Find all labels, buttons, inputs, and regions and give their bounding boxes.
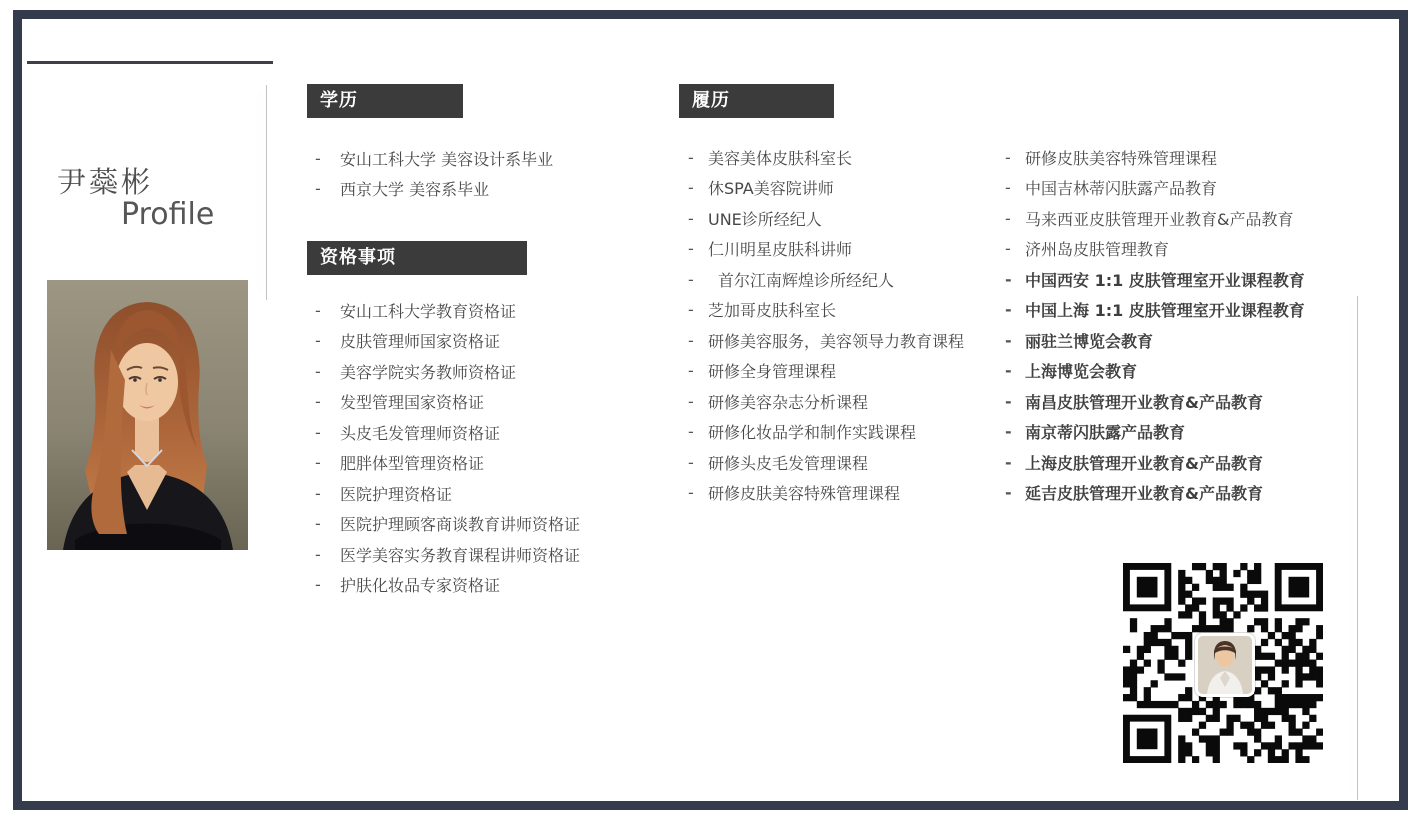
dash-bullet: -	[315, 149, 340, 168]
dash-bullet: -	[688, 392, 708, 411]
list-item: -上海皮肤管理开业教育&产品教育	[1005, 447, 1305, 478]
list-item: -丽驻兰博览会教育	[1005, 325, 1305, 356]
dash-bullet: -	[1005, 178, 1025, 197]
list-item: -护肤化妆品专家资格证	[315, 570, 580, 601]
dash-bullet: -	[688, 239, 708, 258]
list-item: -西京大学 美容系毕业	[315, 174, 553, 205]
dash-bullet: -	[1005, 239, 1025, 258]
list-item: -UNE诊所经纪人	[688, 203, 964, 234]
dash-bullet: -	[688, 453, 708, 472]
dash-bullet: -	[315, 545, 340, 564]
dash-bullet: -	[315, 179, 340, 198]
list-item: -头皮毛发管理师资格证	[315, 417, 580, 448]
dash-bullet: -	[688, 331, 708, 350]
list-item: -医院护理资格证	[315, 478, 580, 509]
dash-bullet: -	[315, 362, 340, 381]
dash-bullet: -	[315, 423, 340, 442]
dash-bullet: -	[688, 483, 708, 502]
list-item: -医学美容实务教育课程讲师资格证	[315, 539, 580, 570]
right-divider-line	[1357, 296, 1358, 800]
list-item: -中国西安 1:1 皮肤管理室开业课程教育	[1005, 264, 1305, 295]
list-item: -研修美容杂志分析课程	[688, 386, 964, 417]
qualifications-section-header: 资格事项	[307, 241, 527, 275]
list-item: -研修皮肤美容特殊管理课程	[1005, 142, 1305, 173]
list-item: -安山工科大学 美容设计系毕业	[315, 143, 553, 174]
list-item: -休SPA美容院讲师	[688, 173, 964, 204]
profile-title: Profile	[121, 197, 214, 232]
profile-slide: 尹蘂彬 Profile	[0, 0, 1414, 817]
dash-bullet: -	[1005, 148, 1025, 167]
dash-bullet: -	[315, 484, 340, 503]
list-item: -皮肤管理师国家资格证	[315, 326, 580, 357]
list-item: -中国上海 1:1 皮肤管理室开业课程教育	[1005, 295, 1305, 326]
list-item: -医院护理顾客商谈教育讲师资格证	[315, 509, 580, 540]
dash-bullet: -	[1005, 453, 1025, 472]
list-item: -马来西亚皮肤管理开业教育&产品教育	[1005, 203, 1305, 234]
list-item: -肥胖体型管理资格证	[315, 448, 580, 479]
dash-bullet: -	[315, 453, 340, 472]
list-item: -研修美容服务，美容领导力教育课程	[688, 325, 964, 356]
list-item: -南昌皮肤管理开业教育&产品教育	[1005, 386, 1305, 417]
dash-bullet: -	[1005, 422, 1025, 441]
career-section-header: 履历	[679, 84, 834, 118]
dash-bullet: -	[315, 301, 340, 320]
list-item: -研修全身管理课程	[688, 356, 964, 387]
dash-bullet: -	[1005, 270, 1025, 289]
list-item: -延吉皮肤管理开业教育&产品教育	[1005, 478, 1305, 509]
career-list-column-2: -研修皮肤美容特殊管理课程 -中国吉林蒂闪肤露产品教育 -马来西亚皮肤管理开业教…	[1005, 142, 1305, 508]
list-item: -首尔江南辉煌诊所经纪人	[688, 264, 964, 295]
list-item: -济州岛皮肤管理教育	[1005, 234, 1305, 265]
dash-bullet: -	[688, 361, 708, 380]
dash-bullet: -	[688, 300, 708, 319]
portrait-photo	[47, 280, 248, 550]
career-list-column-1: -美容美体皮肤科室长 -休SPA美容院讲师 -UNE诊所经纪人 -仁川明星皮肤科…	[688, 142, 964, 508]
person-name: 尹蘂彬	[57, 160, 153, 201]
list-item: -研修化妆品学和制作实践课程	[688, 417, 964, 448]
dash-bullet: -	[315, 575, 340, 594]
qualifications-list: -安山工科大学教育资格证 -皮肤管理师国家资格证 -美容学院实务教师资格证 -发…	[315, 295, 580, 600]
list-item: -上海博览会教育	[1005, 356, 1305, 387]
list-item: -南京蒂闪肤露产品教育	[1005, 417, 1305, 448]
dash-bullet: -	[1005, 361, 1025, 380]
list-item: -研修头皮毛发管理课程	[688, 447, 964, 478]
list-item: -发型管理国家资格证	[315, 387, 580, 418]
list-item: -中国吉林蒂闪肤露产品教育	[1005, 173, 1305, 204]
list-item: -芝加哥皮肤科室长	[688, 295, 964, 326]
dash-bullet: -	[1005, 483, 1025, 502]
dash-bullet: -	[688, 148, 708, 167]
dash-bullet: -	[315, 392, 340, 411]
top-accent-line	[27, 61, 273, 64]
dash-bullet: -	[1005, 392, 1025, 411]
list-item: -仁川明星皮肤科讲师	[688, 234, 964, 265]
education-list: -安山工科大学 美容设计系毕业 -西京大学 美容系毕业	[315, 143, 553, 204]
dash-bullet: -	[1005, 209, 1025, 228]
qr-code	[1123, 563, 1323, 763]
dash-bullet: -	[688, 270, 708, 289]
education-section-header: 学历	[307, 84, 463, 118]
dash-bullet: -	[315, 514, 340, 533]
list-item: -美容美体皮肤科室长	[688, 142, 964, 173]
list-item: -安山工科大学教育资格证	[315, 295, 580, 326]
qr-center-photo	[1195, 633, 1255, 697]
list-item: -研修皮肤美容特殊管理课程	[688, 478, 964, 509]
dash-bullet: -	[1005, 331, 1025, 350]
dash-bullet: -	[688, 209, 708, 228]
left-divider-line	[266, 85, 267, 300]
dash-bullet: -	[688, 178, 708, 197]
dash-bullet: -	[315, 331, 340, 350]
dash-bullet: -	[688, 422, 708, 441]
dash-bullet: -	[1005, 300, 1025, 319]
list-item: -美容学院实务教师资格证	[315, 356, 580, 387]
